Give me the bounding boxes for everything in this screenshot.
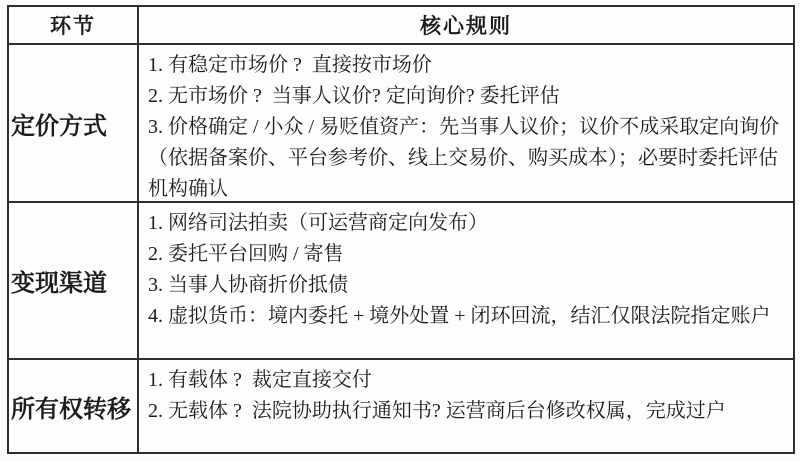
rule-item: 1. 有稳定市场价 ? 直接按市场价 bbox=[148, 50, 785, 81]
rules-column-header-label: 核心规则 bbox=[420, 10, 512, 40]
table-row-monetization-rules: 1. 网络司法拍卖（可运营商定向发布） 2. 委托平台回购 / 寄售 3. 当事… bbox=[139, 201, 793, 358]
rule-item: 3. 当事人协商折价抵债 bbox=[148, 270, 785, 301]
table-row-ownership-stage: 所有权转移 bbox=[9, 358, 139, 452]
table-row-monetization-stage: 变现渠道 bbox=[9, 201, 139, 358]
rule-item: 3. 价格确定 / 小众 / 易贬值资产：先当事人议价；议价不成采取定向询价（依… bbox=[148, 112, 785, 201]
rule-item: 2. 委托平台回购 / 寄售 bbox=[148, 239, 785, 270]
table-row-pricing-rules: 1. 有稳定市场价 ? 直接按市场价 2. 无市场价 ? 当事人议价? 定向询价… bbox=[139, 43, 793, 201]
stage-label: 所有权转移 bbox=[11, 389, 131, 424]
rule-item: 2. 无载体 ? 法院协助执行通知书? 运营商后台修改权属，完成过户 bbox=[148, 396, 785, 427]
stage-label: 变现渠道 bbox=[11, 263, 107, 298]
rule-item: 1. 网络司法拍卖（可运营商定向发布） bbox=[148, 208, 785, 239]
stage-label: 定价方式 bbox=[11, 106, 107, 141]
stage-column-header: 环节 bbox=[9, 7, 139, 43]
stage-column-header-label: 环节 bbox=[50, 10, 96, 40]
document-page: 环节 核心规则 定价方式 1. 有稳定市场价 ? 直接按市场价 2. 无市场价 … bbox=[0, 0, 800, 461]
rules-column-header: 核心规则 bbox=[139, 7, 793, 43]
rule-item: 2. 无市场价 ? 当事人议价? 定向询价? 委托评估 bbox=[148, 81, 785, 112]
table-row-ownership-rules: 1. 有载体 ? 裁定直接交付 2. 无载体 ? 法院协助执行通知书? 运营商后… bbox=[139, 358, 793, 452]
table-row-pricing-stage: 定价方式 bbox=[9, 43, 139, 201]
process-rules-table: 环节 核心规则 定价方式 1. 有稳定市场价 ? 直接按市场价 2. 无市场价 … bbox=[7, 5, 795, 454]
rule-item: 4. 虚拟货币：境内委托 + 境外处置 + 闭环回流，结汇仅限法院指定账户 bbox=[148, 301, 785, 332]
rule-item: 1. 有载体 ? 裁定直接交付 bbox=[148, 365, 785, 396]
